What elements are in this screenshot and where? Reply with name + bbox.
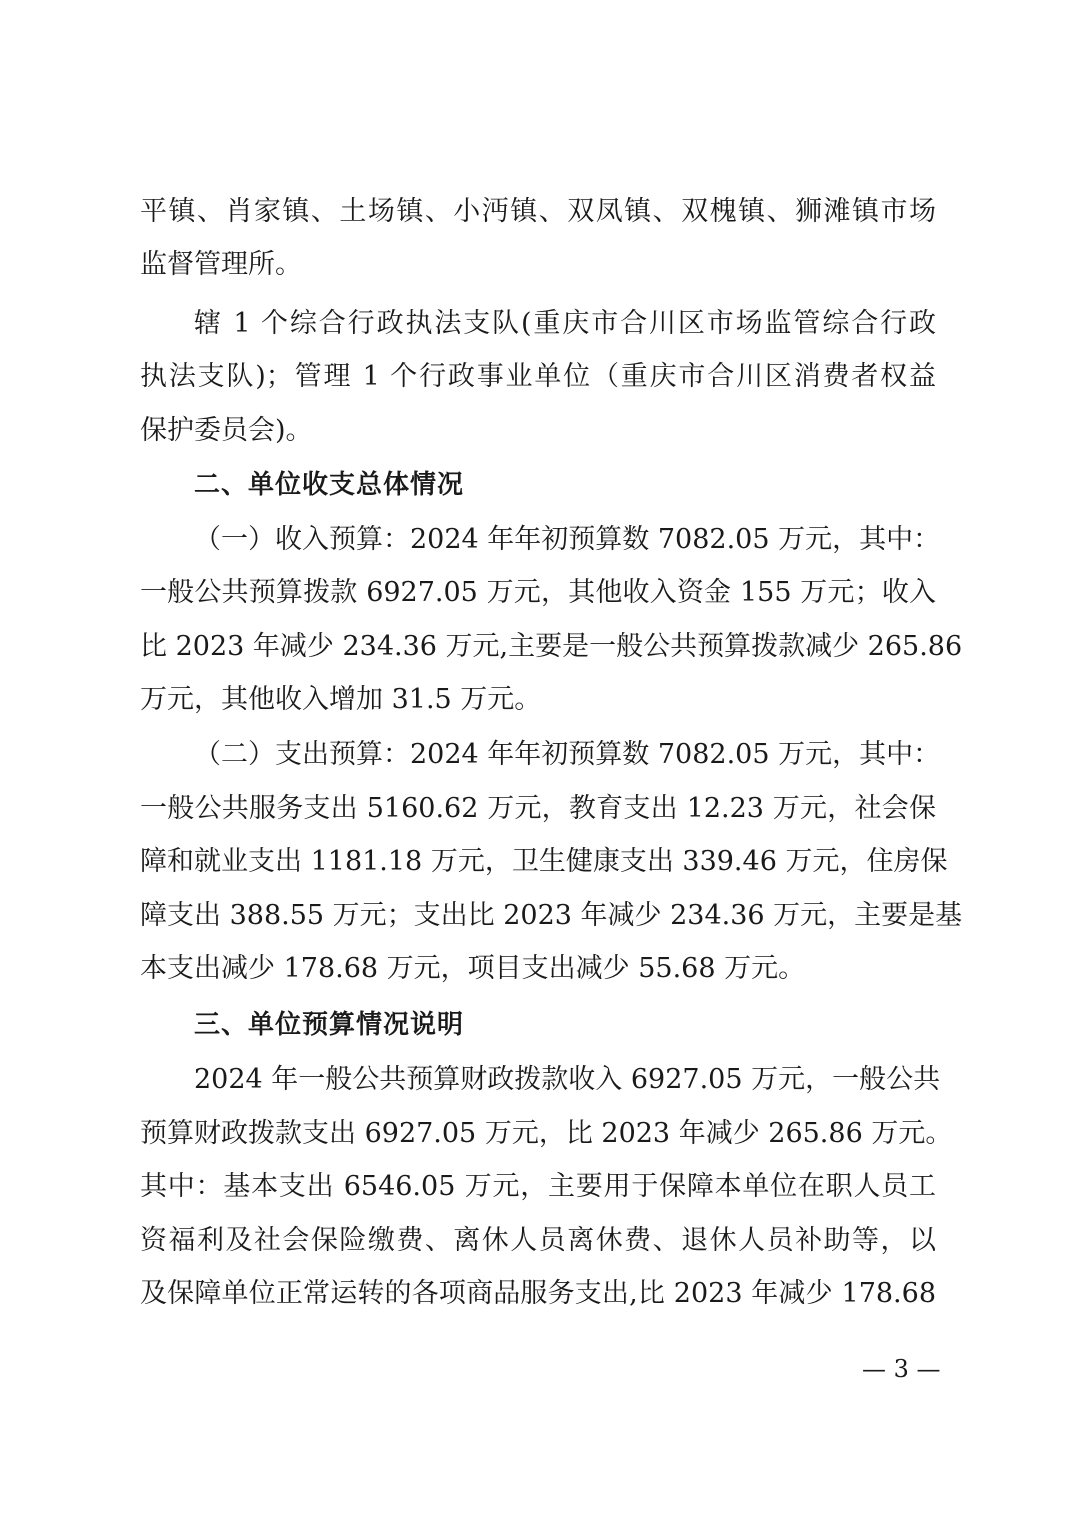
paragraph-line: 辖 1 个综合行政执法支队(重庆市合川区市场监管综合行政 (194, 304, 936, 344)
income-line: 一般公共预算拨款 6927.05 万元，其他收入资金 155 万元；收入 (140, 573, 936, 613)
section-heading: 二、单位收支总体情况 (194, 465, 464, 505)
document-page: 平镇、肖家镇、土场镇、小沔镇、双凤镇、双槐镇、狮滩镇市场 监督管理所。 辖 1 … (0, 0, 1074, 1520)
income-line: 万元，其他收入增加 31.5 万元。 (140, 680, 936, 720)
income-line: 比 2023 年减少 234.36 万元,主要是一般公共预算拨款减少 265.8… (140, 627, 936, 667)
budget-line: 预算财政拨款支出 6927.05 万元，比 2023 年减少 265.86 万元… (140, 1114, 936, 1154)
paragraph-line: 监督管理所。 (140, 245, 936, 285)
expenditure-line: （二）支出预算：2024 年年初预算数 7082.05 万元，其中： (194, 735, 936, 775)
paragraph-line: 平镇、肖家镇、土场镇、小沔镇、双凤镇、双槐镇、狮滩镇市场 (140, 192, 936, 232)
expenditure-line: 本支出减少 178.68 万元，项目支出减少 55.68 万元。 (140, 949, 936, 989)
page-number: — 3 — (862, 1354, 941, 1384)
budget-line: 及保障单位正常运转的各项商品服务支出,比 2023 年减少 178.68 (140, 1274, 936, 1314)
budget-line: 2024 年一般公共预算财政拨款收入 6927.05 万元，一般公共 (194, 1060, 936, 1100)
expenditure-line: 一般公共服务支出 5160.62 万元，教育支出 12.23 万元，社会保 (140, 789, 936, 829)
income-line: （一）收入预算：2024 年年初预算数 7082.05 万元，其中： (194, 520, 936, 560)
budget-line: 资福利及社会保险缴费、离休人员离休费、退休人员补助等，以 (140, 1221, 936, 1261)
expenditure-line: 障支出 388.55 万元；支出比 2023 年减少 234.36 万元，主要是… (140, 896, 936, 936)
paragraph-line: 执法支队)；管理 1 个行政事业单位（重庆市合川区消费者权益 (140, 357, 936, 397)
section-heading: 三、单位预算情况说明 (194, 1005, 464, 1045)
paragraph-line: 保护委员会)。 (140, 411, 936, 451)
expenditure-line: 障和就业支出 1181.18 万元，卫生健康支出 339.46 万元，住房保 (140, 842, 936, 882)
budget-line: 其中：基本支出 6546.05 万元，主要用于保障本单位在职人员工 (140, 1167, 936, 1207)
